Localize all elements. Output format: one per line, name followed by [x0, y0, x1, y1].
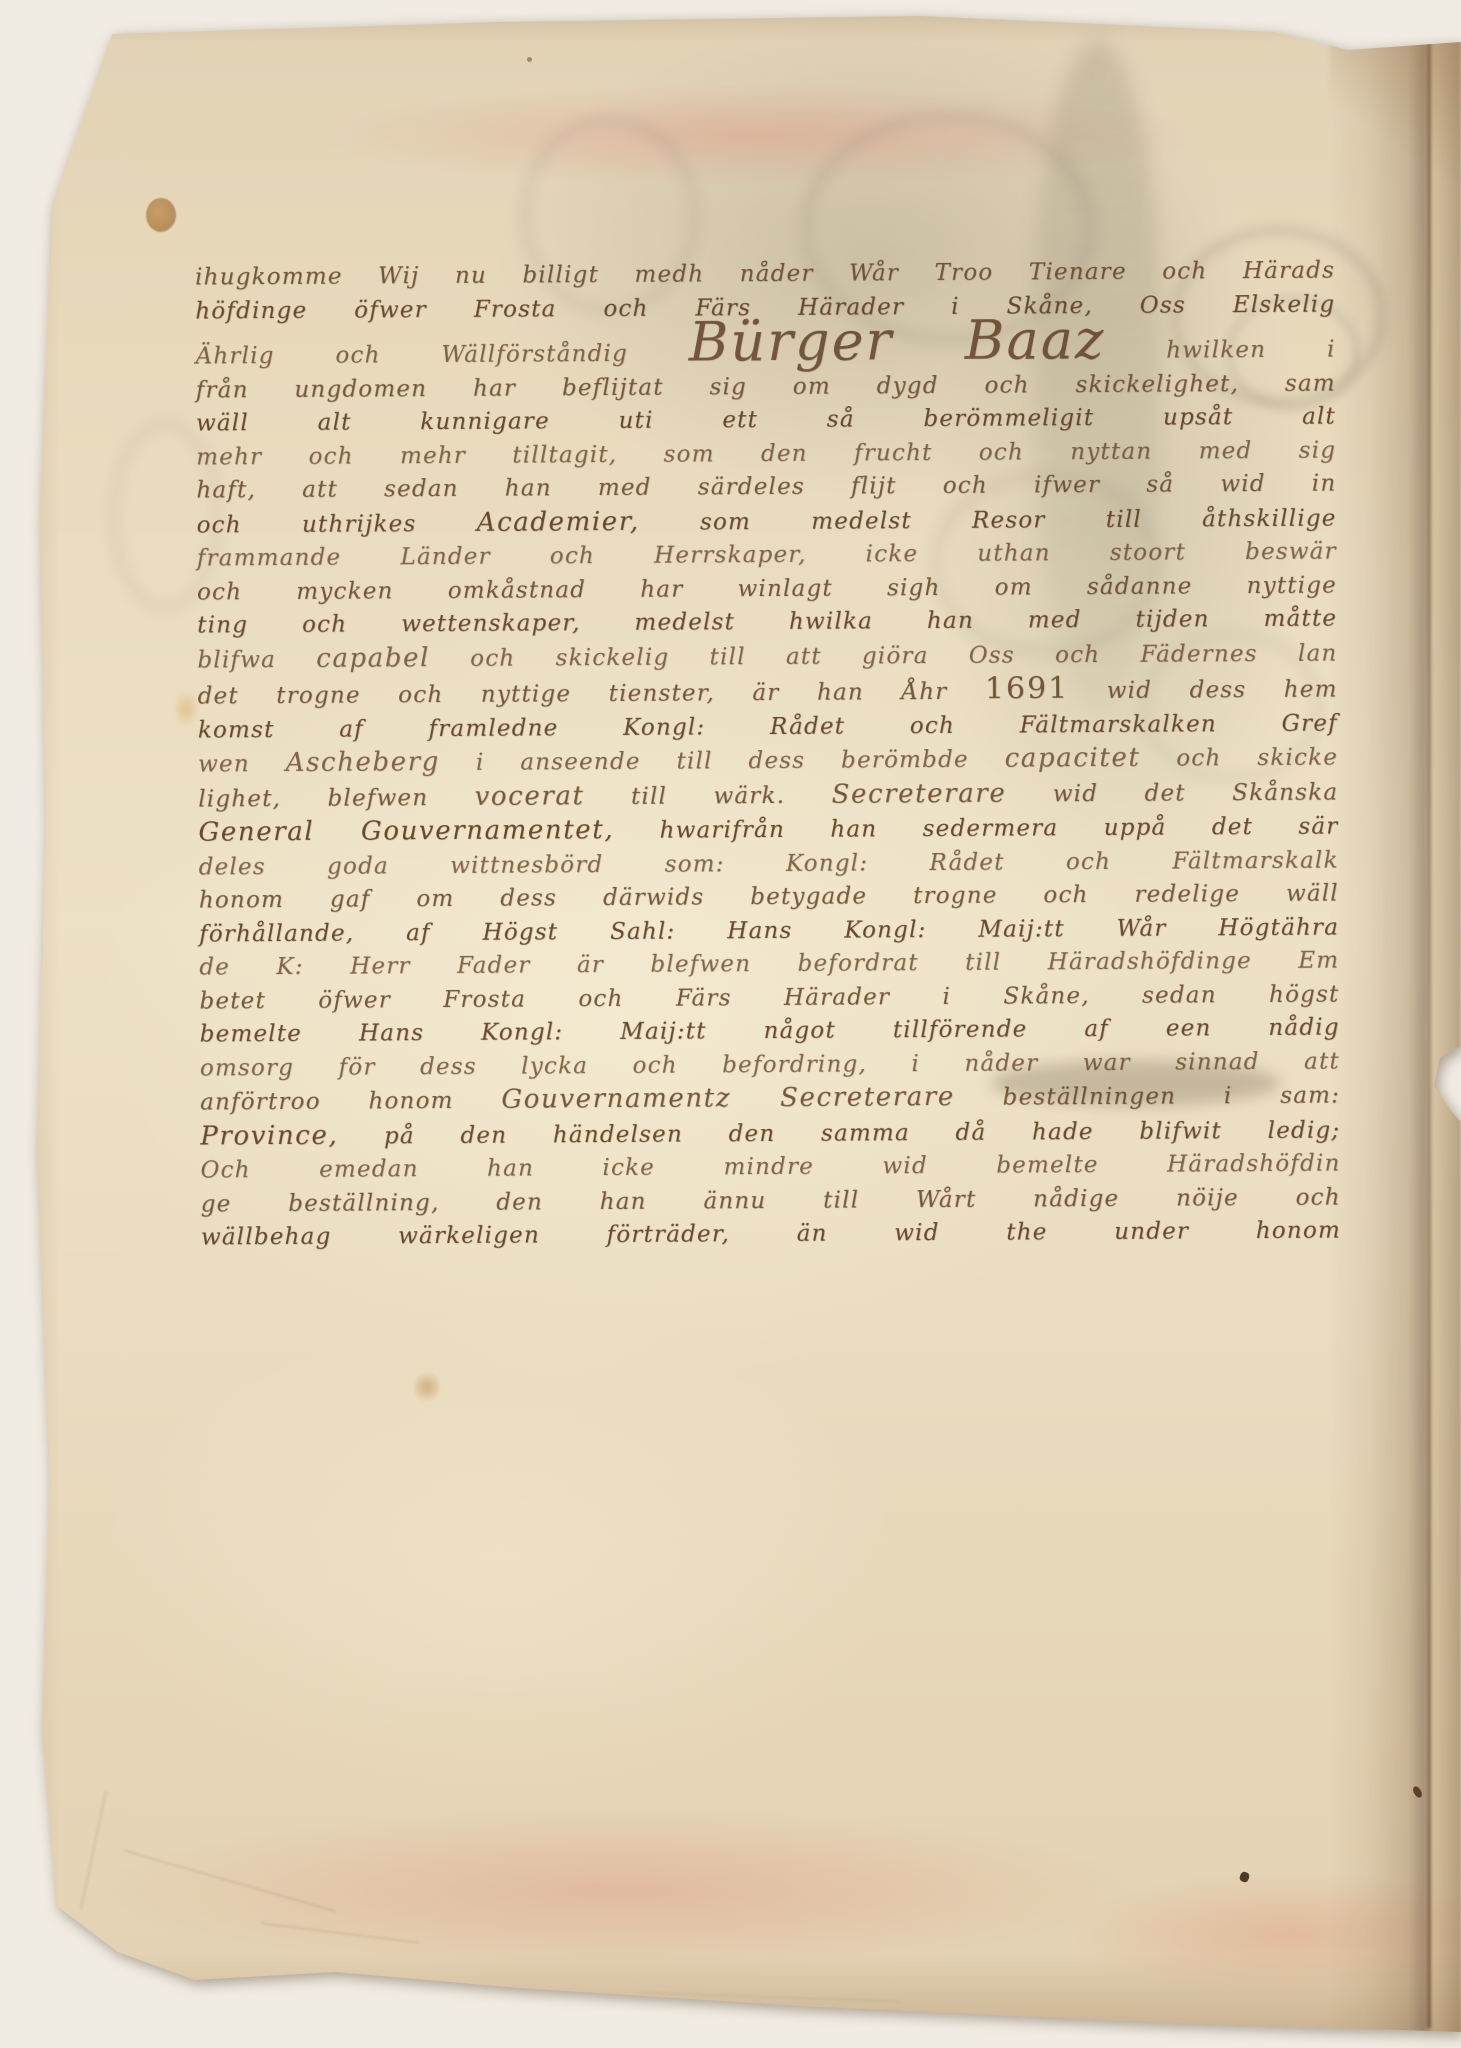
scanner-background: ihugkomme Wij nu billigt medh nåder Wår …	[0, 0, 1461, 2048]
manuscript-text: som medelst Resor till åthskillige	[640, 505, 1337, 535]
manuscript-page-wrap: ihugkomme Wij nu billigt medh nåder Wår …	[0, 0, 1461, 2048]
manuscript-line: från ungdomen har beflijtat sig om dygd …	[196, 367, 1336, 407]
manuscript-text: Academier,	[477, 506, 640, 537]
manuscript-text: wen	[198, 751, 286, 778]
manuscript-line: honom gaf om dess därwids betygade trogn…	[199, 878, 1339, 918]
paper-wrinkle	[260, 1922, 419, 1943]
manuscript-text: wällbehag wärkeligen förträder, än wid t…	[201, 1218, 1341, 1251]
manuscript-text: wid dess hem	[1069, 677, 1338, 705]
manuscript-text: General Gouvernamentet,	[198, 815, 614, 848]
paper-wrinkle	[124, 1850, 336, 1913]
manuscript-text: hwarifrån han sedermera uppå det sär	[614, 814, 1338, 844]
manuscript-text: blifwa	[197, 646, 316, 673]
manuscript-text: ihugkomme Wij nu billigt medh nåder Wår …	[195, 258, 1335, 291]
manuscript-text: ge beställning, den han ännu till Wårt n…	[201, 1184, 1341, 1217]
manuscript-text: anförtroo honom	[200, 1088, 501, 1116]
manuscript-text: vocerat	[475, 781, 585, 812]
manuscript-text-block: ihugkomme Wij nu billigt medh nåder Wår …	[195, 255, 1341, 1255]
manuscript-page: ihugkomme Wij nu billigt medh nåder Wår …	[0, 0, 1461, 2048]
manuscript-text: frammande Länder och Herrskaper, icke ut…	[197, 539, 1337, 572]
manuscript-text: Province,	[200, 1120, 338, 1151]
manuscript-text: ting och wettenskaper, medelst hwilka ha…	[197, 606, 1337, 639]
manuscript-text: och skicke	[1140, 745, 1338, 772]
manuscript-text: i anseende till dess berömbde	[440, 747, 1005, 776]
manuscript-line: haft, att sedan han med särdeles flijt o…	[196, 468, 1336, 508]
manuscript-text: Secreterare	[831, 778, 1006, 809]
manuscript-text: wäll alt kunnigare uti ett så berömmelig…	[196, 404, 1336, 437]
manuscript-text: till wärk.	[584, 782, 831, 810]
manuscript-text: förhållande, af Högst Sahl: Hans Kongl: …	[199, 914, 1339, 947]
manuscript-text: betet öfwer Frosta och Färs Härader i Sk…	[199, 981, 1339, 1014]
manuscript-text: capabel	[316, 643, 430, 674]
manuscript-text: komst af framledne Kongl: Rådet och Fält…	[198, 710, 1338, 743]
brown-stain-spot	[176, 688, 196, 730]
manuscript-text: på den händelsen den samma då hade blifw…	[338, 1117, 1340, 1149]
manuscript-text: och uthrijkes	[197, 510, 477, 538]
manuscript-text: mehr och mehr tilltagit, som den frucht …	[196, 437, 1336, 470]
manuscript-line: det trogne och nyttige tienster, är han …	[198, 671, 1338, 714]
paper-wrinkle	[80, 1791, 108, 1909]
manuscript-line: ge beställning, den han ännu till Wårt n…	[201, 1181, 1341, 1221]
manuscript-text: Och emedan han icke mindre wid bemelte H…	[200, 1151, 1340, 1184]
manuscript-text: Gouvernamentz Secreterare	[501, 1082, 955, 1115]
year-value: 1691	[985, 671, 1070, 707]
manuscript-text: omsorg för dess lycka och befordring, i …	[200, 1048, 1340, 1081]
manuscript-text: de K: Herr Fader är blefwen befordrat ti…	[199, 948, 1339, 981]
fold-crease-line	[1427, 40, 1431, 2028]
manuscript-text: och mycken omkåstnad har winlagt sigh om…	[197, 572, 1337, 605]
recipient-name: Bürger Baaz	[689, 308, 1106, 374]
manuscript-line: ihugkomme Wij nu billigt medh nåder Wår …	[195, 255, 1335, 295]
manuscript-text: hwilken i	[1105, 337, 1335, 364]
manuscript-text: från ungdomen har beflijtat sig om dygd …	[196, 370, 1336, 403]
manuscript-line: betet öfwer Frosta och Färs Härader i Sk…	[199, 978, 1339, 1018]
manuscript-line: wällbehag wärkeligen förträder, än wid t…	[201, 1215, 1341, 1255]
manuscript-text: lighet, blefwen	[198, 784, 475, 812]
manuscript-line: och mycken omkåstnad har winlagt sigh om…	[197, 569, 1337, 609]
manuscript-text: och skickelig till att giöra Oss och Fäd…	[430, 640, 1338, 672]
manuscript-line: Ährlig och Wällförståndig Bürger Baaz hw…	[195, 322, 1335, 374]
manuscript-line: anförtroo honom Gouvernamentz Secreterar…	[200, 1079, 1340, 1120]
top-right-fold-flap	[1330, 34, 1461, 184]
manuscript-text: capacitet	[1005, 743, 1141, 774]
manuscript-text: Ährlig och Wällförståndig	[195, 340, 688, 369]
manuscript-text: Ascheberg	[286, 747, 441, 778]
paper-wrinkle	[640, 1991, 900, 2002]
manuscript-text: bemelte Hans Kongl: Maij:tt något tillfö…	[200, 1015, 1340, 1048]
manuscript-text: det trogne och nyttige tienster, är han …	[198, 679, 985, 710]
manuscript-text: deles goda wittnesbörd som: Kongl: Rådet…	[199, 847, 1339, 880]
brown-stain-spot	[146, 198, 176, 232]
ink-fleck	[1239, 1871, 1251, 1883]
manuscript-text: beställningen i sam:	[955, 1083, 1340, 1111]
right-fold-shading	[1329, 0, 1461, 2048]
brown-stain-spot	[414, 1372, 440, 1402]
manuscript-text: honom gaf om dess därwids betygade trogn…	[199, 881, 1339, 914]
manuscript-text: wid det Skånska	[1006, 779, 1338, 807]
ink-fleck	[527, 57, 532, 62]
manuscript-line: lighet, blefwen vocerat till wärk. Secre…	[198, 775, 1338, 816]
manuscript-text: haft, att sedan han med särdeles flijt o…	[196, 471, 1336, 504]
